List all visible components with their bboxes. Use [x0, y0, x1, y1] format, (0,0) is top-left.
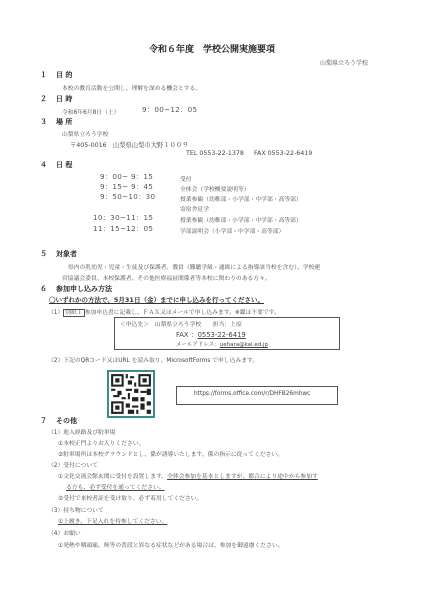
schedule-time: 9：15~ 9：45: [100, 182, 153, 192]
qr-code-icon: [109, 372, 153, 416]
section-1-heading: １目 的: [40, 70, 72, 80]
entry-parking-heading: （1）進入経路及び駐車場: [48, 427, 115, 436]
belongings-text: ①上履き、下足入れを持参してください。: [58, 516, 167, 525]
contact-label: ＜申込先＞ 山梨県立ろう学校 担当：上原: [120, 319, 242, 328]
reception-text-2: ②受付で来校者証を受け取り、必ず着用してください。: [58, 493, 202, 502]
request-text: ①発熱や咽頭痛、咳等の普段と異なる症状などがある場合は、参加を御遠慮ください。: [58, 540, 283, 549]
belongings-heading: （3）持ち物について: [48, 505, 104, 514]
reception-text-1: ①文化交流会館玄関に受付を設置します。全体会参加を基本としますが、都合により途中…: [58, 471, 318, 480]
method-2: （2）下記のQRコード又はURL を読み取り、MicrosoftForms で申…: [48, 355, 258, 364]
schedule-item: 受付: [180, 174, 192, 183]
attachment-tag: 別紙１: [63, 309, 84, 317]
schedule-time: 9：00~ 9：15: [100, 172, 153, 182]
qr-code[interactable]: [107, 370, 155, 418]
section-6-heading: ６参加申し込み方法: [40, 284, 112, 294]
contact-email: メールアドレス：uehara@kai.ed.jp: [176, 340, 268, 348]
audience-text-1: 県内の乳幼児・児童・生徒及び保護者、教員（難聴学級・通級による指導該当校を含む）…: [68, 262, 320, 271]
email-link[interactable]: uehara@kai.ed.jp: [220, 342, 268, 348]
page-title: 令和６年度 学校公開実施要項: [0, 42, 424, 55]
schedule-time: 9：50~10：30: [100, 192, 155, 202]
venue-tel: TEL 0553-22-1378: [186, 150, 244, 157]
entry-gate-text: ①本校正門よりお入りください。: [58, 438, 144, 447]
section-2-heading: ２日 時: [40, 94, 72, 104]
deadline-notice: 〇いずれかの方法で、5月31日（金）までに申し込みを行ってください。: [49, 295, 264, 304]
venue-name: 山梨県立ろう学校: [62, 129, 108, 138]
schedule-time: 11：15~12：05: [93, 224, 153, 234]
section-5-heading: ５対象者: [40, 249, 77, 259]
reception-heading: （2）受付について: [48, 460, 98, 469]
contact-fax: FAX ：0553-22-6419: [176, 329, 246, 339]
form-url-link[interactable]: https://forms.office.com/r/DHFB26mhwc: [194, 391, 310, 397]
event-date: 令和6年6月8日（土）: [62, 107, 119, 116]
section-7-heading: ７その他: [40, 416, 77, 426]
reception-text-1b: る方も、必ず受付を通ってください。: [66, 482, 165, 491]
schedule-item: 寄宿舎見学: [180, 204, 209, 213]
schedule-item: 授業参観（幼稚部・小学部・中学部・高等部）: [180, 194, 302, 203]
venue-fax: FAX 0553-22-6419: [254, 150, 312, 157]
schedule-item: 全体会（学校概要説明等）: [180, 184, 250, 193]
section-4-heading: ４日 程: [40, 160, 72, 170]
method-1: （1）別紙１参加申込書に記載し、ＦＡＸ又はメールで申し込みます。※鑑は不要です。: [48, 307, 280, 316]
purpose-text: 本校の教育活動を公開し、理解を深める機会とする。: [62, 83, 201, 92]
audience-text-2: 営協議会委員、本校保護者、その他医療福祉関係者等本校に関わりのある方々。: [62, 273, 271, 282]
request-heading: （4）お願い: [48, 528, 81, 537]
section-3-heading: ３場 所: [40, 117, 72, 127]
school-name: 山梨県立ろう学校: [320, 58, 368, 67]
schedule-time: 10：30~11：15: [93, 213, 153, 223]
event-time: 9：00~12：05: [142, 105, 197, 115]
schedule-item: 学部説明会（小学部・中学部・高等部）: [180, 226, 284, 235]
venue-address: 〒405-0016 山梨県山梨市大野１００９: [70, 140, 188, 149]
schedule-item: 授業参観（幼稚部・小学部・中学部・高等部）: [180, 215, 302, 224]
parking-text: ②駐車場所は本校グラウンドとし、係が誘導いたします。係の指示に従ってください。: [58, 449, 283, 458]
